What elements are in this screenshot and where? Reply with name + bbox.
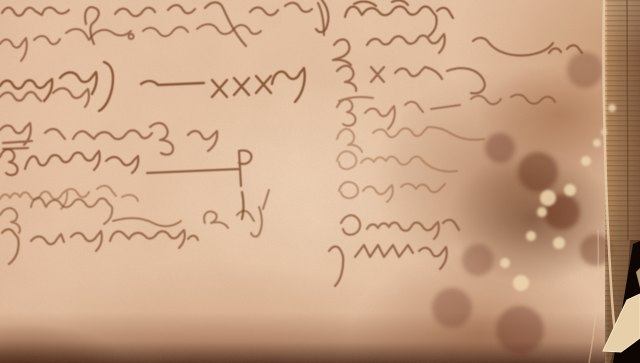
damage-spot [500, 258, 510, 268]
overlay-layer [0, 0, 640, 363]
damage-spot [537, 207, 547, 217]
stain-blob [518, 152, 558, 192]
damage-spot [593, 139, 601, 147]
damage-spot [513, 275, 529, 291]
stain-blob [432, 288, 472, 328]
damage-spot [526, 231, 536, 241]
stain-blob [485, 133, 515, 163]
stain-blob [496, 306, 544, 354]
stain-blob [567, 52, 603, 88]
damage-spot [540, 190, 556, 206]
fore-edge-line [627, 0, 628, 240]
damage-spot [564, 184, 576, 196]
stain-blob [462, 244, 494, 276]
damage-spot [553, 237, 565, 249]
damage-spot [608, 104, 616, 112]
manuscript-photo [0, 0, 640, 363]
damage-spot [581, 156, 591, 166]
